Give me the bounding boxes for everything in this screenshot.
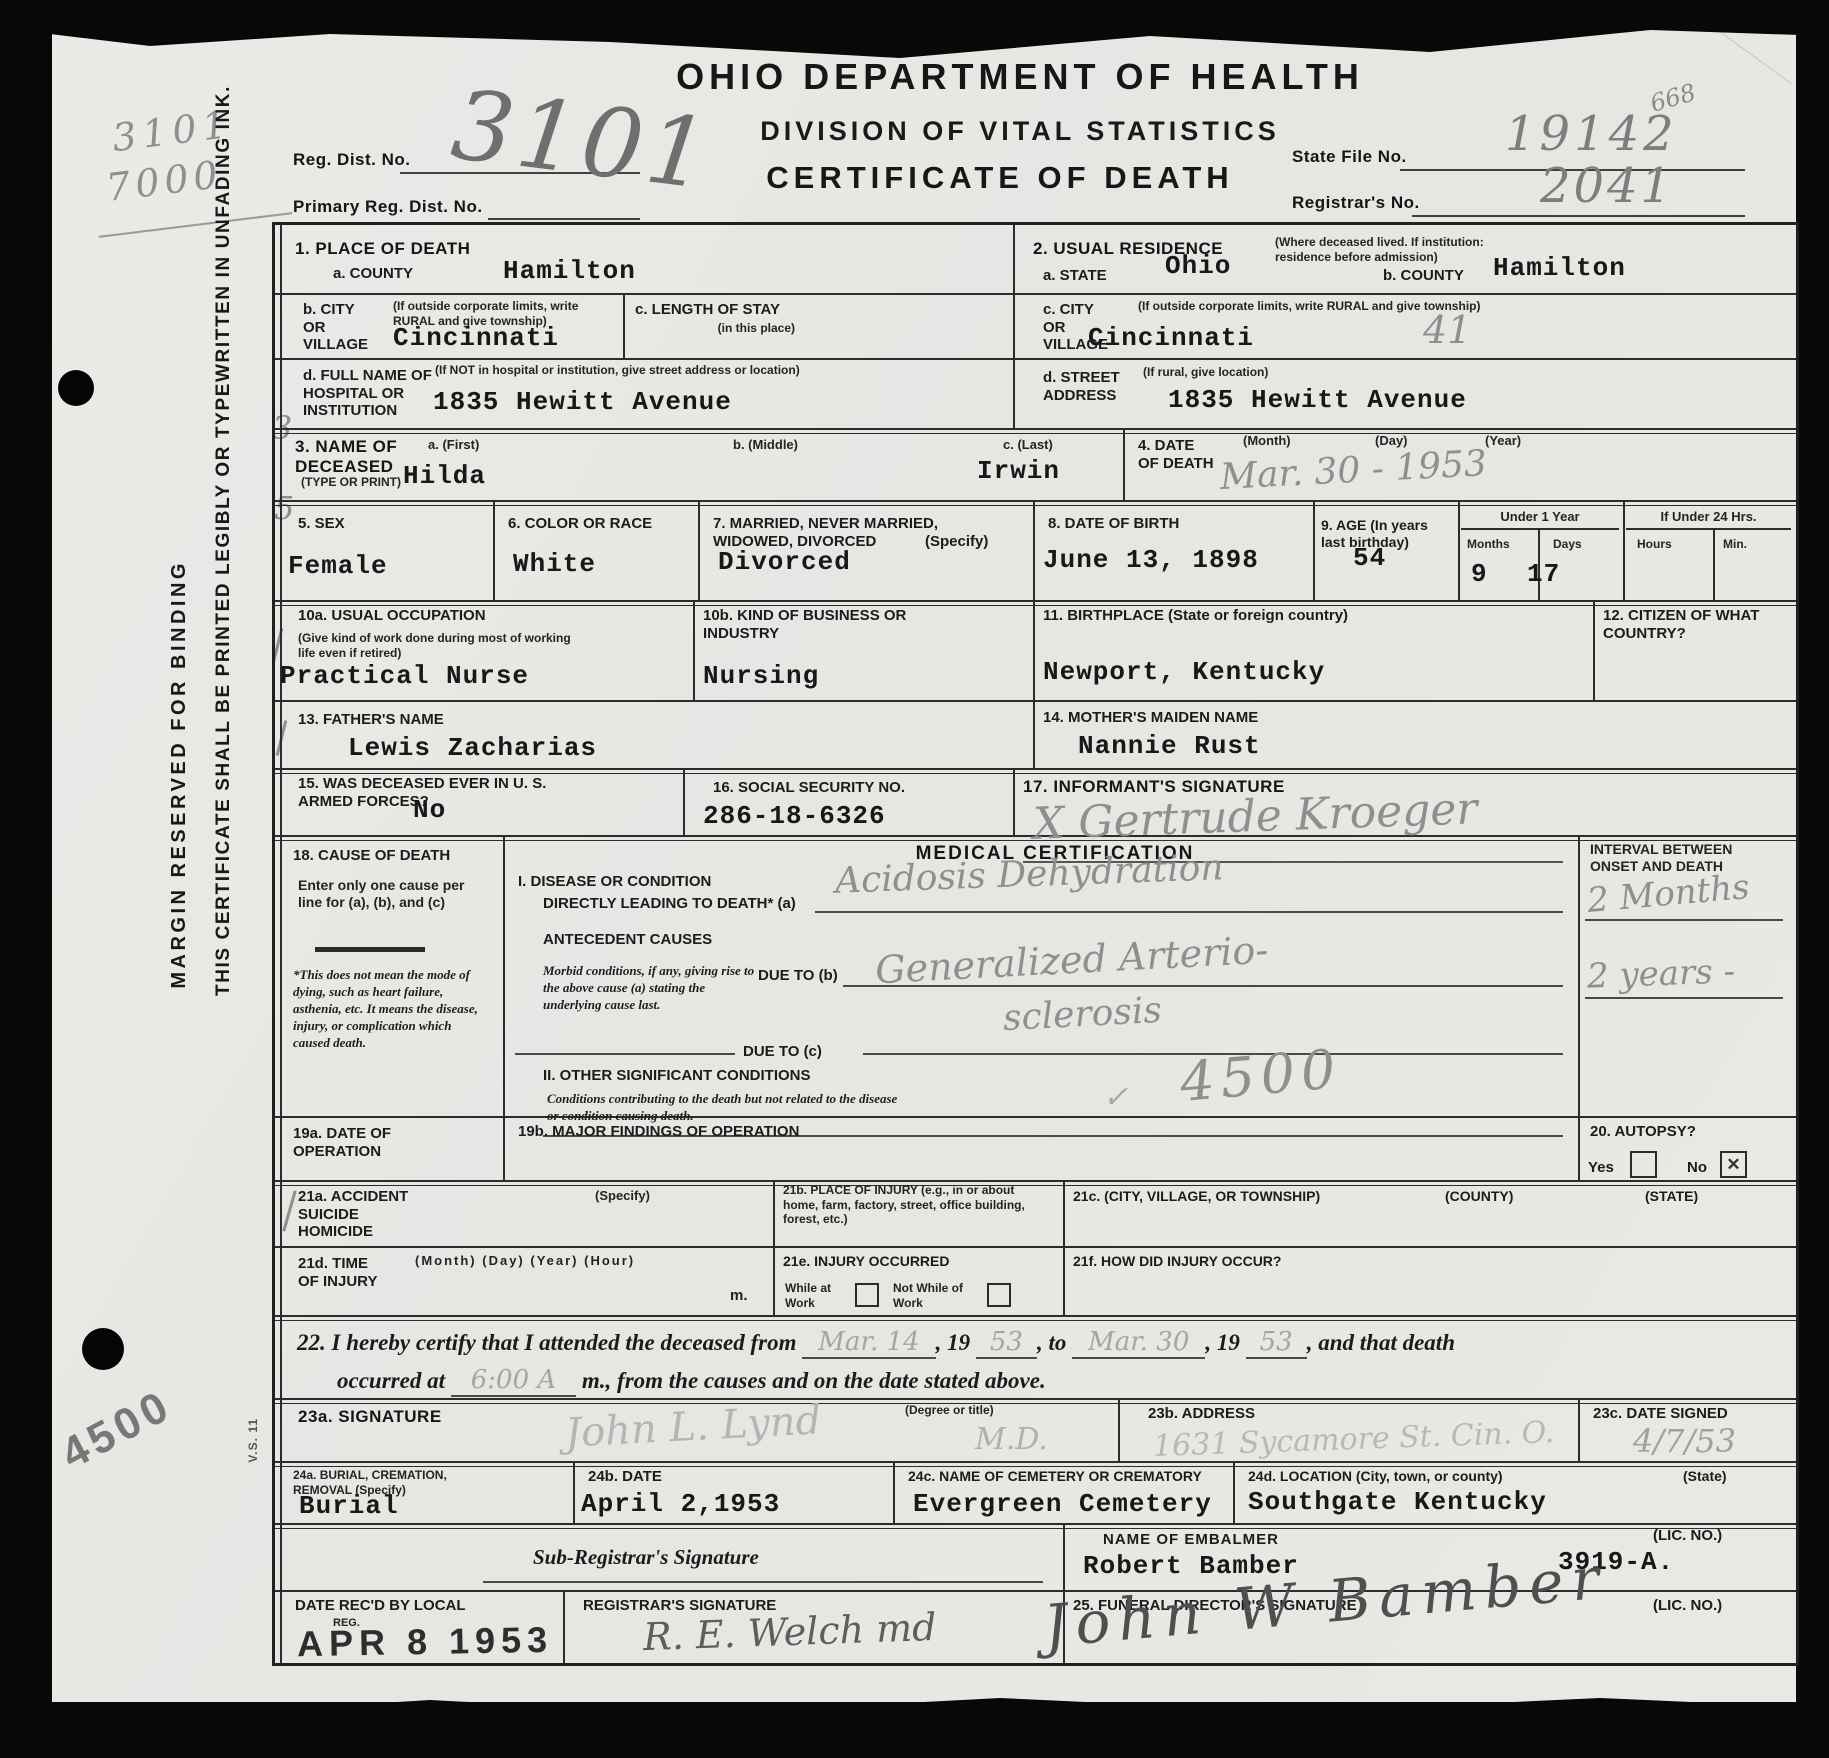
injury-county-label: (COUNTY) <box>1445 1188 1513 1205</box>
funeral-lic-label: (LIC. NO.) <box>1653 1597 1722 1615</box>
rule <box>275 293 1796 295</box>
autopsy-no-checkbox: ✕ <box>1720 1151 1747 1178</box>
residence-county-label: b. COUNTY <box>1383 267 1464 285</box>
father-name-label: 13. FATHER'S NAME <box>298 711 444 729</box>
date-month-label: (Month) <box>1243 433 1291 449</box>
specify-note: (Specify) <box>595 1188 650 1204</box>
autopsy-label: 20. AUTOPSY? <box>1590 1123 1696 1141</box>
date-signed-value: 4/7/53 <box>1633 1425 1736 1457</box>
how-injury-label: 21f. HOW DID INJURY OCCUR? <box>1073 1253 1281 1270</box>
citizen-label: 12. CITIZEN OF WHAT COUNTRY? <box>1603 607 1773 642</box>
city-village-label: b. CITY OR VILLAGE <box>303 301 373 354</box>
place-of-death-title: 1. PLACE OF DEATH <box>295 239 470 259</box>
rule <box>275 358 1796 360</box>
other-conditions-note: Conditions contributing to the death but… <box>547 1091 907 1125</box>
days-value: 17 <box>1527 561 1560 587</box>
residence-city-pencil: 41 <box>1423 311 1471 349</box>
rule <box>493 500 495 600</box>
reg-dist-label: Reg. Dist. No. <box>293 150 411 170</box>
burial-type-value: Burial <box>299 1493 399 1519</box>
certify-text: 22. I hereby certify that I attended the… <box>297 1330 797 1355</box>
certify-text: , and that death <box>1307 1330 1455 1355</box>
place-of-injury-label: 21b. PLACE OF INJURY (e.g., in or about … <box>783 1183 1051 1227</box>
county-value: Hamilton <box>503 258 636 284</box>
certify-text: , 19 <box>1205 1330 1240 1355</box>
rule <box>275 1246 1796 1248</box>
rule <box>1713 528 1715 600</box>
time-m-label: m. <box>730 1287 748 1305</box>
rule <box>275 1315 1796 1321</box>
date-received-stamp: APR 8 1953 <box>297 1619 554 1665</box>
mother-name-value: Nannie Rust <box>1078 733 1261 759</box>
sex-label: 5. SEX <box>298 515 345 533</box>
registrar-signature: R. E. Welch md <box>642 1608 937 1656</box>
time-of-injury-label: 21d. TIME OF INJURY <box>298 1255 378 1290</box>
cause-footnote: *This does not mean the mode of dying, s… <box>293 967 491 1051</box>
punch-hole <box>82 1328 124 1370</box>
date-of-operation-label: 19a. DATE OF OPERATION <box>293 1125 473 1160</box>
birthplace-value: Newport, Kentucky <box>1043 659 1325 685</box>
punch-hole <box>58 370 94 406</box>
state-file-value: 19142 <box>1505 110 1678 158</box>
degree-value: M.D. <box>975 1425 1048 1455</box>
other-conditions-pencil: 4500 <box>1178 1042 1344 1110</box>
primary-reg-dist-label: Primary Reg. Dist. No. <box>293 197 483 217</box>
date-recd-label: DATE REC'D BY LOCAL <box>295 1597 466 1615</box>
burial-date-value: April 2,1953 <box>581 1491 780 1517</box>
rule <box>773 1180 775 1315</box>
autopsy-no-label: No <box>1687 1159 1707 1177</box>
rule <box>275 1461 1796 1467</box>
address-value: 1631 Sycamore St. Cin. O. <box>1153 1418 1555 1462</box>
other-conditions-label: II. OTHER SIGNIFICANT CONDITIONS <box>543 1067 811 1085</box>
pencil-check: ✓ <box>1103 1083 1128 1113</box>
physician-signature: John L. Lynd <box>564 1400 822 1453</box>
date-of-death-label: 4. DATE OF DEATH <box>1138 437 1218 472</box>
death-time-value: 6:00 A <box>451 1365 576 1397</box>
due-to-b-label: DUE TO (b) <box>758 967 838 985</box>
morbid-note: Morbid conditions, if any, giving rise t… <box>543 963 758 1014</box>
autopsy-yes-checkbox <box>1630 1151 1657 1178</box>
rule <box>1313 500 1315 600</box>
hospital-note: (If NOT in hospital or institution, give… <box>435 363 855 378</box>
state-label: a. STATE <box>1043 267 1107 285</box>
cause-b-line <box>843 985 1563 987</box>
injury-occurred-label: 21e. INJURY OCCURRED <box>783 1253 950 1270</box>
certify-line-1: 22. I hereby certify that I attended the… <box>297 1327 1455 1359</box>
from-year-value: 53 <box>976 1327 1037 1359</box>
first-name-value: Hilda <box>403 463 486 489</box>
length-of-stay-label: c. LENGTH OF STAY <box>635 301 795 319</box>
residence-city-note: (If outside corporate limits, write RURA… <box>1138 299 1568 314</box>
rule <box>698 500 700 600</box>
mother-name-label: 14. MOTHER'S MAIDEN NAME <box>1043 709 1258 727</box>
reg-dist-stamp: 3101 <box>447 76 717 203</box>
while-at-work-checkbox <box>855 1283 879 1307</box>
rule <box>893 1461 895 1523</box>
embalmer-label: NAME OF EMBALMER <box>1103 1531 1279 1549</box>
cause-of-death-label: 18. CAUSE OF DEATH <box>293 847 450 865</box>
hospital-value: 1835 Hewitt Avenue <box>433 389 732 415</box>
sub-registrar-label: Sub-Registrar's Signature <box>533 1543 759 1572</box>
rule <box>1623 500 1625 600</box>
primary-reg-dist-line <box>488 218 640 220</box>
rule <box>275 700 1796 702</box>
under-1-year-header: Under 1 Year <box>1461 509 1619 530</box>
not-while-work-checkbox <box>987 1283 1011 1307</box>
industry-label: 10b. KIND OF BUSINESS OR INDUSTRY <box>703 607 953 642</box>
accident-suicide-homicide-label: 21a. ACCIDENT SUICIDE HOMICIDE <box>298 1188 426 1241</box>
rule <box>275 1398 1796 1404</box>
sex-value: Female <box>288 553 388 579</box>
last-name-label: c. (Last) <box>1003 437 1053 453</box>
address-label: 23b. ADDRESS <box>1148 1405 1255 1423</box>
occupation-value: Practical Nurse <box>280 663 529 689</box>
cause-instructions: Enter only one cause per line for (a), (… <box>298 877 473 911</box>
margin-ink-text: THIS CERTIFICATE SHALL BE PRINTED LEGIBL… <box>213 85 235 996</box>
street-value: 1835 Hewitt Avenue <box>1168 387 1467 413</box>
divider-dash <box>315 947 425 952</box>
burial-location-value: Southgate Kentucky <box>1248 1489 1547 1515</box>
date-signed-label: 23c. DATE SIGNED <box>1593 1405 1728 1423</box>
rule <box>1118 1398 1120 1461</box>
first-name-label: a. (First) <box>428 437 479 453</box>
length-of-stay-note: (in this place) <box>635 321 795 336</box>
death-certificate-scan: 3101 7000 4500 3 5 MARGIN RESERVED FOR B… <box>0 0 1829 1758</box>
rule <box>693 600 695 700</box>
age-value: 54 <box>1353 545 1386 571</box>
interval-b-line <box>1585 997 1783 999</box>
last-name-value: Irwin <box>977 458 1060 484</box>
birth-date-value: June 13, 1898 <box>1043 547 1259 573</box>
rule <box>275 600 1796 606</box>
city-value: Cincinnati <box>393 325 559 351</box>
degree-note: (Degree or title) <box>905 1403 994 1418</box>
type-or-print-note: (TYPE OR PRINT) <box>301 475 401 490</box>
marital-note: (Specify) <box>925 533 988 551</box>
disease-condition-label: I. DISEASE OR CONDITION <box>518 873 711 891</box>
ssn-label: 16. SOCIAL SECURITY NO. <box>713 779 905 797</box>
certify-text: , to <box>1037 1330 1066 1355</box>
middle-name-label: b. (Middle) <box>733 437 798 453</box>
state-value: Ohio <box>1165 253 1231 279</box>
days-label: Days <box>1553 537 1582 552</box>
rule <box>275 768 1796 774</box>
rule <box>275 428 1796 434</box>
certify-text: , 19 <box>936 1330 971 1355</box>
rule <box>623 293 625 358</box>
armed-forces-value: No <box>413 797 446 823</box>
time-cols-label: (Month) (Day) (Year) (Hour) <box>415 1253 745 1269</box>
interval-a-line <box>1585 919 1783 921</box>
certificate-form: 1. PLACE OF DEATH a. COUNTY Hamilton b. … <box>272 222 1799 1666</box>
street-label: d. STREET ADDRESS <box>1043 369 1138 404</box>
months-label: Months <box>1467 537 1510 552</box>
due-to-c-leadline <box>515 1053 735 1055</box>
sub-registrar-line <box>483 1581 1043 1583</box>
rule <box>1063 1180 1065 1315</box>
rule <box>1593 600 1595 700</box>
rule <box>563 1590 565 1663</box>
injury-city-label: 21c. (CITY, VILLAGE, OR TOWNSHIP) <box>1073 1188 1320 1205</box>
min-label: Min. <box>1723 537 1747 552</box>
signature-label: 23a. SIGNATURE <box>298 1407 442 1427</box>
major-findings-label: 19b. MAJOR FINDINGS OF OPERATION <box>518 1123 799 1141</box>
form-number-label: V.S. 11 <box>246 1418 260 1463</box>
hours-label: Hours <box>1637 537 1672 552</box>
registrar-no-value: 2041 <box>1540 162 1674 210</box>
rule <box>1033 600 1035 768</box>
rule <box>503 835 505 1180</box>
residence-county-value: Hamilton <box>1493 255 1626 281</box>
interval-a-value: 2 Months <box>1586 870 1751 918</box>
cemetery-label: 24c. NAME OF CEMETERY OR CREMATORY <box>908 1468 1202 1485</box>
birthplace-label: 11. BIRTHPLACE (State or foreign country… <box>1043 607 1463 625</box>
directly-leading-label: DIRECTLY LEADING TO DEATH* (a) <box>543 895 796 913</box>
attended-from-value: Mar. 14 <box>802 1327 935 1359</box>
date-of-death-value: Mar. 30 - 1953 <box>1219 446 1487 496</box>
burial-date-label: 24b. DATE <box>588 1468 662 1486</box>
to-year-value: 53 <box>1246 1327 1307 1359</box>
cause-b-value: Generalized Arterio- <box>874 931 1269 990</box>
rule <box>1233 1461 1235 1523</box>
occupation-note: (Give kind of work done during most of w… <box>298 631 578 660</box>
registrar-no-line <box>1412 215 1745 217</box>
certify-line-2: occurred at 6:00 A m., from the causes a… <box>337 1365 1046 1397</box>
antecedent-causes-label: ANTECEDENT CAUSES <box>543 931 712 949</box>
birth-date-label: 8. DATE OF BIRTH <box>1048 515 1179 533</box>
race-label: 6. COLOR OR RACE <box>508 515 688 533</box>
title-department: OHIO DEPARTMENT OF HEALTH <box>520 56 1520 98</box>
rule <box>1458 500 1460 600</box>
burial-location-label: 24d. LOCATION (City, town, or county) <box>1248 1468 1588 1485</box>
residence-city-value: Cincinnati <box>1088 325 1254 351</box>
rule <box>275 500 1796 506</box>
marital-value: Divorced <box>718 549 851 575</box>
autopsy-yes-label: Yes <box>1588 1159 1614 1177</box>
rule <box>1013 225 1015 428</box>
street-note: (If rural, give location) <box>1143 365 1363 380</box>
embalmer-lic-label: (LIC. NO.) <box>1653 1527 1722 1545</box>
race-value: White <box>513 551 596 577</box>
not-while-work-label: Not While of Work <box>893 1281 977 1310</box>
certify-text: occurred at <box>337 1368 445 1393</box>
margin-binding-text: MARGIN RESERVED FOR BINDING <box>168 560 191 989</box>
rule <box>1123 428 1125 500</box>
cemetery-value: Evergreen Cemetery <box>913 1491 1212 1517</box>
months-value: 9 <box>1471 561 1488 587</box>
rule <box>573 1461 575 1523</box>
ssn-value: 286-18-6326 <box>703 803 886 829</box>
registrar-no-label: Registrar's No. <box>1292 193 1420 213</box>
attended-to-value: Mar. 30 <box>1072 1327 1205 1359</box>
cause-a-line <box>815 911 1563 913</box>
rule <box>1013 768 1015 835</box>
interval-b-value: 2 years - <box>1586 954 1735 993</box>
due-to-c-label: DUE TO (c) <box>743 1043 822 1061</box>
certify-text: m., from the causes and on the date stat… <box>582 1368 1046 1393</box>
cause-b-value-2: sclerosis <box>1002 993 1162 1037</box>
under-24-hrs-header: If Under 24 Hrs. <box>1626 509 1791 530</box>
date-year-label: (Year) <box>1485 433 1521 449</box>
state-file-label: State File No. <box>1292 147 1407 167</box>
rule <box>1578 835 1580 1180</box>
rule <box>1578 1398 1580 1461</box>
rule <box>1033 500 1035 600</box>
injury-state-label: (STATE) <box>1645 1188 1698 1205</box>
rule <box>683 768 685 835</box>
county-label: a. COUNTY <box>333 265 413 283</box>
rule <box>275 1523 1796 1529</box>
burial-state-label: (State) <box>1683 1468 1727 1485</box>
father-name-value: Lewis Zacharias <box>348 735 597 761</box>
industry-value: Nursing <box>703 663 819 689</box>
while-at-work-label: While at Work <box>785 1281 847 1310</box>
occupation-label: 10a. USUAL OCCUPATION <box>298 607 486 625</box>
